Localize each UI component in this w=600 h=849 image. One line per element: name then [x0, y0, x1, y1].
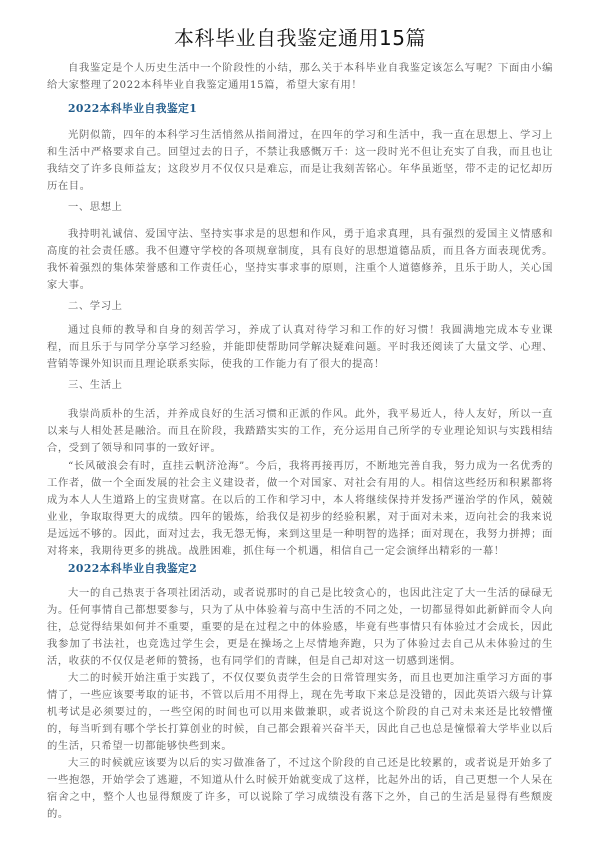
paragraph: 大一的自己热衷于各项社团活动，或者说那时的自己是比较贪心的，也因此注定了大一生活… — [47, 585, 553, 670]
intro-paragraph: 自我鉴定是个人历史生活中一个阶段性的小结，那么关于本科毕业自我鉴定该怎么写呢？下… — [47, 60, 553, 94]
subsection-thought: 一、思想上 — [68, 198, 122, 213]
document-title: 本科毕业自我鉴定通用15篇 — [0, 22, 600, 51]
section-heading-2: 2022本科毕业自我鉴定2 — [68, 561, 197, 576]
paragraph: 通过良师的教导和自身的刻苦学习，养成了认真对待学习和工作的好习惯！我圆满地完成本… — [47, 322, 553, 373]
subsection-study: 二、学习上 — [68, 297, 122, 312]
section-heading-1: 2022本科毕业自我鉴定1 — [68, 101, 197, 116]
paragraph: 光阴似箭，四年的本科学习生活悄然从指间滑过，在四年的学习和生活中，我一直在思想上… — [47, 127, 553, 195]
paragraph: 大二的时候开始注重于实践了，不仅仅要负责学生会的日常管理实务，而且也更加注重学习… — [47, 670, 553, 755]
subsection-life: 三、生活上 — [68, 376, 122, 391]
paragraph: 大三的时候就应该要为以后的实习做准备了，不过这个阶段的自己还是比较累的，或者说是… — [47, 755, 553, 823]
document-page: 本科毕业自我鉴定通用15篇 自我鉴定是个人历史生活中一个阶段性的小结，那么关于本… — [0, 0, 600, 849]
paragraph: 我崇尚质朴的生活，并养成良好的生活习惯和正派的作风。此外，我平易近人，待人友好，… — [47, 406, 553, 457]
paragraph: “长风破浪会有时，直挂云帆济沧海”。今后，我将再接再厉，不断地完善自我，努力成为… — [47, 458, 553, 560]
paragraph: 我持明礼诚信、爱国守法、坚持实事求是的思想和作风，勇于追求真理，具有强烈的爱国主… — [47, 226, 553, 294]
